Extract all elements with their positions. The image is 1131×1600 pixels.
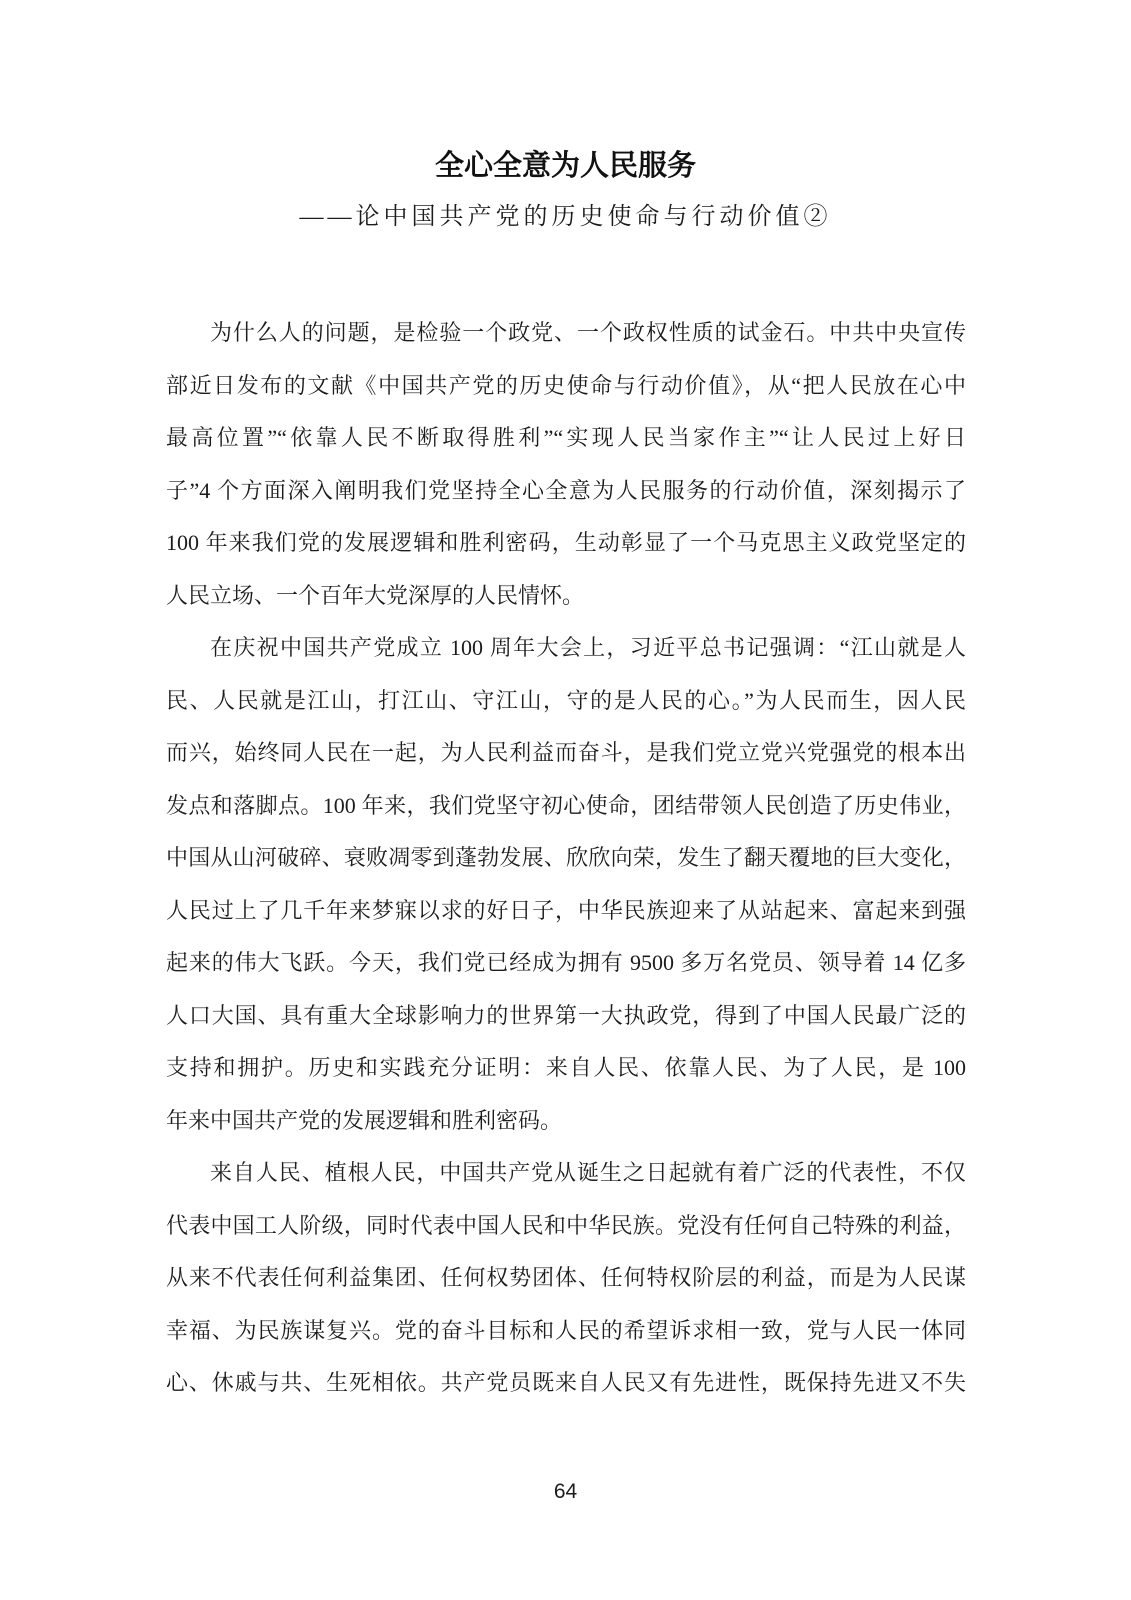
- body-line: 年来中国共产党的发展逻辑和胜利密码。: [166, 1095, 966, 1148]
- body-line: 民、人民就是江山，打江山、守江山，守的是人民的心。”为人民而生，因人民: [166, 675, 966, 728]
- body-line: 人民过上了几千年来梦寐以求的好日子，中华民族迎来了从站起来、富起来到强: [166, 885, 966, 938]
- body-line: 支持和拥护。历史和实践充分证明：来自人民、依靠人民、为了人民，是 100: [166, 1042, 966, 1095]
- body-line: 中国从山河破碎、衰败凋零到蓬勃发展、欣欣向荣，发生了翻天覆地的巨大变化，: [166, 832, 966, 885]
- body-line: 从来不代表任何利益集团、任何权势团体、任何特权阶层的利益，而是为人民谋: [166, 1252, 966, 1305]
- document-page: 全心全意为人民服务 ——论中国共产党的历史使命与行动价值② 为什么人的问题，是检…: [0, 0, 1131, 1600]
- body-line: 来自人民、植根人民，中国共产党从诞生之日起就有着广泛的代表性，不仅: [166, 1147, 966, 1200]
- body-line: 人口大国、具有重大全球影响力的世界第一大执政党，得到了中国人民最广泛的: [166, 990, 966, 1043]
- body-line: 人民立场、一个百年大党深厚的人民情怀。: [166, 570, 966, 623]
- body-line: 幸福、为民族谋复兴。党的奋斗目标和人民的希望诉求相一致，党与人民一体同: [166, 1305, 966, 1358]
- document-title: 全心全意为人民服务: [0, 148, 1131, 184]
- body-line: 而兴，始终同人民在一起，为人民利益而奋斗，是我们党立党兴党强党的根本出: [166, 727, 966, 780]
- document-subtitle: ——论中国共产党的历史使命与行动价值②: [0, 200, 1131, 234]
- body-line: 为什么人的问题，是检验一个政党、一个政权性质的试金石。中共中央宣传: [166, 307, 966, 360]
- body-line: 最高位置”“依靠人民不断取得胜利”“实现人民当家作主”“让人民过上好日: [166, 412, 966, 465]
- page-number: 64: [0, 1480, 1131, 1504]
- body-line: 在庆祝中国共产党成立 100 周年大会上，习近平总书记强调：“江山就是人: [166, 622, 966, 675]
- body-line: 代表中国工人阶级，同时代表中国人民和中华民族。党没有任何自己特殊的利益，: [166, 1200, 966, 1253]
- body-line: 发点和落脚点。100 年来，我们党坚守初心使命，团结带领人民创造了历史伟业，: [166, 780, 966, 833]
- document-body: 为什么人的问题，是检验一个政党、一个政权性质的试金石。中共中央宣传部近日发布的文…: [166, 307, 966, 1410]
- body-line: 心、休戚与共、生死相依。共产党员既来自人民又有先进性，既保持先进又不失: [166, 1357, 966, 1410]
- body-line: 部近日发布的文献《中国共产党的历史使命与行动价值》，从“把人民放在心中: [166, 360, 966, 413]
- body-line: 起来的伟大飞跃。今天，我们党已经成为拥有 9500 多万名党员、领导着 14 亿…: [166, 937, 966, 990]
- body-line: 子”4 个方面深入阐明我们党坚持全心全意为人民服务的行动价值，深刻揭示了: [166, 465, 966, 518]
- body-line: 100 年来我们党的发展逻辑和胜利密码，生动彰显了一个马克思主义政党坚定的: [166, 517, 966, 570]
